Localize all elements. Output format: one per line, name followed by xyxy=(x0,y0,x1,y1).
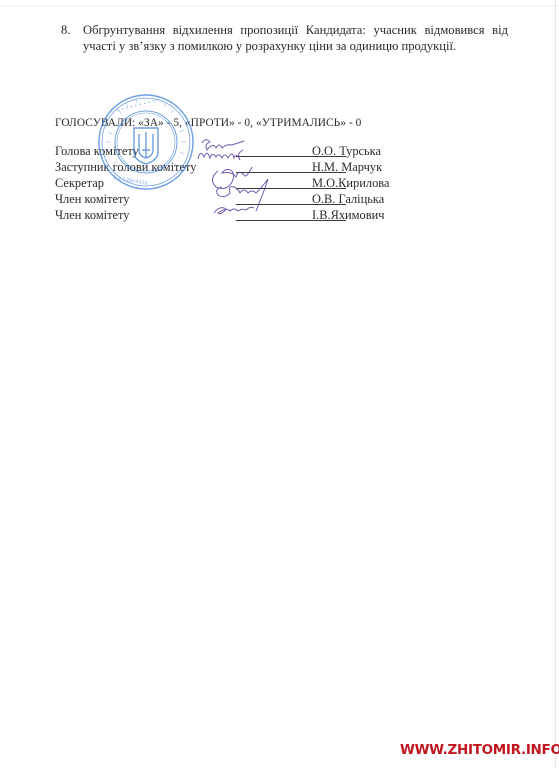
signatory-name: Н.М. Марчук xyxy=(312,159,382,175)
svg-text:1.к.13864416: 1.к.13864416 xyxy=(113,175,148,187)
item-number: 8. xyxy=(61,22,70,38)
item-text-line-1: Обгрунтування відхилення пропозиції Канд… xyxy=(83,22,508,38)
handwritten-signatures xyxy=(188,135,308,220)
page-edge-top xyxy=(0,5,559,6)
page-edge-right xyxy=(555,0,556,768)
trident-coat-of-arms-icon xyxy=(134,128,158,164)
signatory-name: О.В. Галіцька xyxy=(312,191,384,207)
signatory-role: Член комітету xyxy=(55,191,129,207)
site-watermark: WWW.ZHITOMIR.INFO xyxy=(400,742,559,758)
signatory-name: М.О.Кирилова xyxy=(312,175,389,191)
signatory-name: І.В.Яхимович xyxy=(312,207,384,223)
item-text-line-2: участі у зв’язку з помилкою у розрахунку… xyxy=(83,38,508,54)
signatory-role: Член комітету xyxy=(55,207,129,223)
item-text: Обгрунтування відхилення пропозиції Канд… xyxy=(83,22,508,54)
official-stamp: • • • • • • • • • • 1.к.13864416 xyxy=(96,92,196,192)
signatory-name: О.О. Турська xyxy=(312,143,381,159)
